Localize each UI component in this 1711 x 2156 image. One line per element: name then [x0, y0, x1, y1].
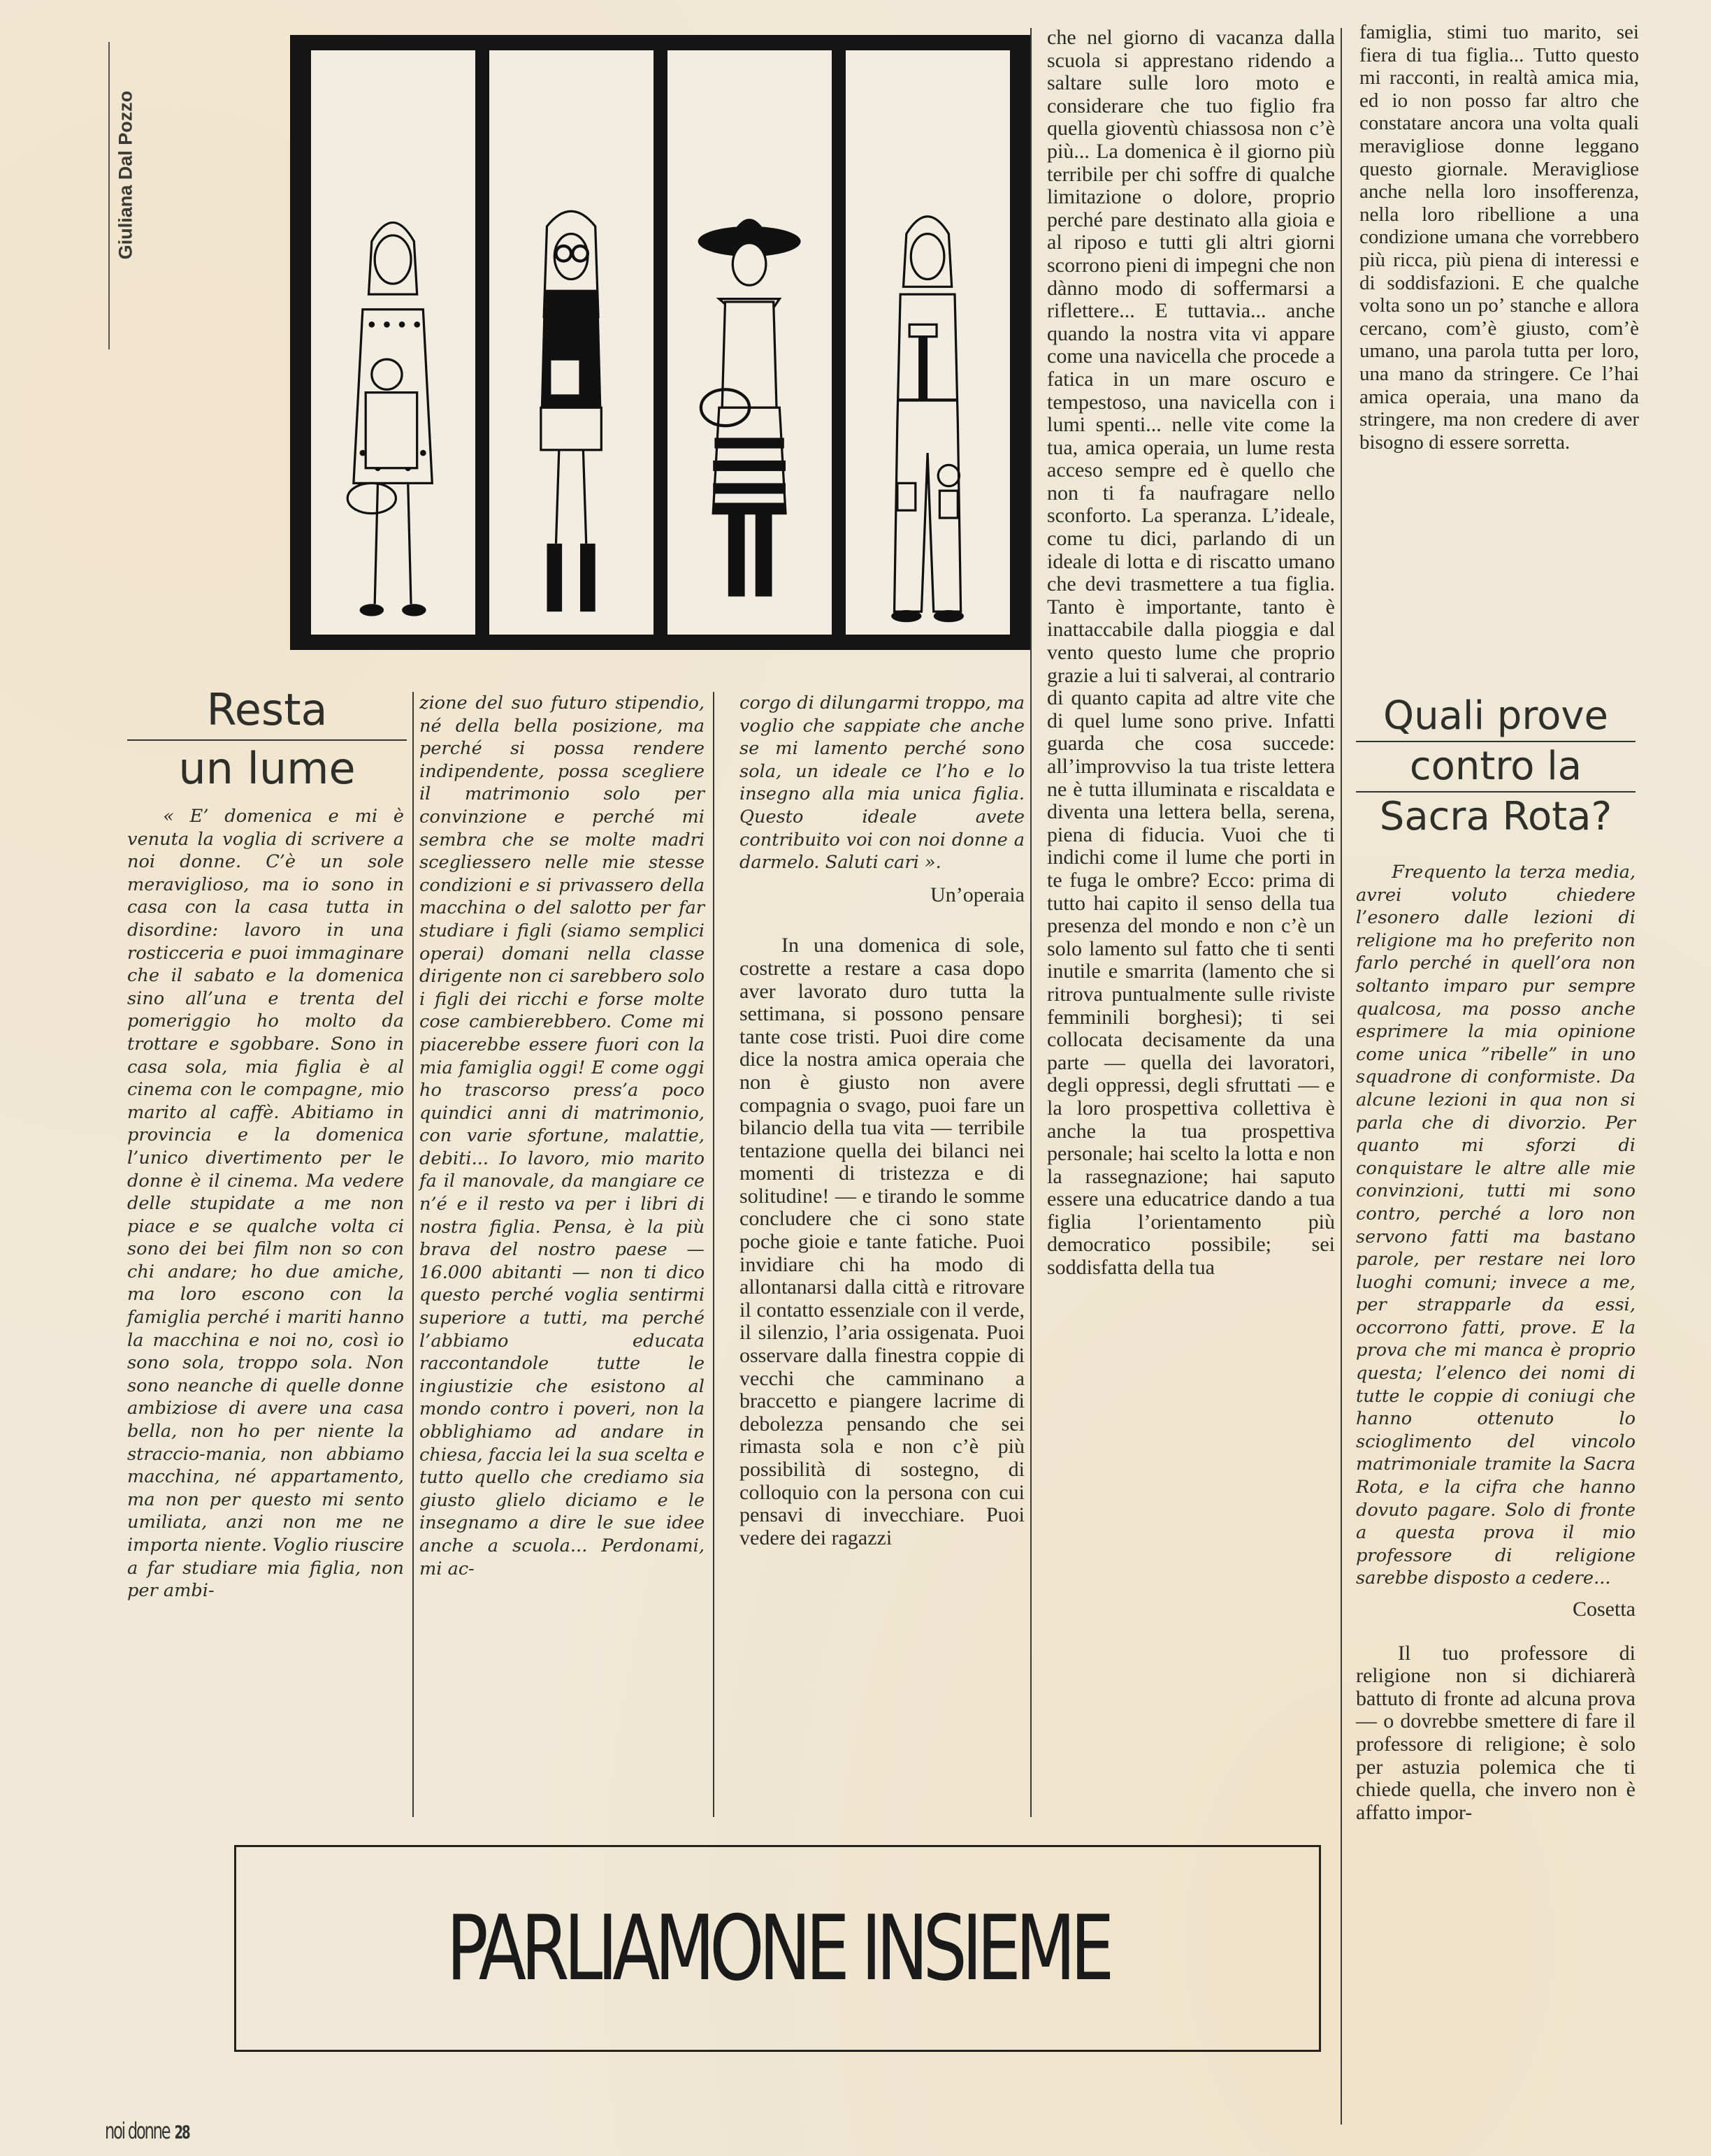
- letter-text-part1: « E’ domenica e mi è venuta la voglia di…: [127, 805, 404, 1602]
- farmer-figure-panel: [667, 50, 832, 635]
- article2-title-line2: contro la: [1356, 742, 1636, 791]
- column-4: che nel giorno di vacanza dalla scuola s…: [1047, 27, 1335, 1280]
- article2-headline: Quali prove contro la Sacra Rota?: [1356, 692, 1636, 841]
- column-rule: [1341, 28, 1342, 2125]
- headline-rule: [127, 739, 407, 741]
- column-5-top: famiglia, stimi tuo marito, sei fiera di…: [1359, 21, 1639, 454]
- reply-text-part2: che nel giorno di vacanza dalla scuola s…: [1047, 27, 1335, 1280]
- housewife-figure-panel: [311, 50, 475, 635]
- byline: Giuliana Dal Pozzo: [105, 35, 147, 314]
- section-banner: PARLIAMONE INSIEME: [234, 1845, 1321, 2052]
- column-5-bottom: Frequento la terza media, avrei voluto c…: [1356, 861, 1636, 1824]
- page-number: 28: [174, 2122, 189, 2143]
- page-footer: noi donne28: [105, 2118, 189, 2144]
- column-1: « E’ domenica e mi è venuta la voglia di…: [127, 805, 404, 1602]
- column-rule: [412, 692, 414, 1817]
- article1-title-line2: un lume: [127, 744, 407, 794]
- farmer-figure-icon: [674, 73, 825, 635]
- worker-figure-panel: [846, 50, 1010, 635]
- article1-title-line1: Resta: [127, 685, 407, 735]
- housewife-figure-icon: [317, 73, 468, 635]
- student-figure-icon: [496, 73, 647, 635]
- column-rule: [1030, 28, 1032, 1817]
- letter-text-part3: corgo di dilungarmi troppo, ma voglio ch…: [739, 692, 1025, 874]
- letter-text-part2: zione del suo futuro stipendio, né della…: [419, 692, 705, 1580]
- magazine-name: noi donne: [105, 2118, 169, 2144]
- article1-headline: Resta un lume: [127, 685, 407, 794]
- reply-text-part1: In una domenica di sole, costrette a res…: [739, 934, 1025, 1549]
- illustration-four-women: [290, 35, 1031, 650]
- article2-letter: Frequento la terza media, avrei voluto c…: [1356, 861, 1636, 1590]
- worker-figure-icon: [852, 73, 1003, 635]
- column-rule: [713, 692, 714, 1817]
- student-figure-panel: [489, 50, 654, 635]
- letter-signature: Un’operaia: [739, 884, 1025, 907]
- column-2: zione del suo futuro stipendio, né della…: [419, 692, 705, 1580]
- article2-reply: Il tuo professore di religione non si di…: [1356, 1642, 1636, 1825]
- article2-title-line3: Sacra Rota?: [1356, 793, 1636, 841]
- column-3: corgo di dilungarmi troppo, ma voglio ch…: [739, 692, 1025, 1549]
- author-name: Giuliana Dal Pozzo: [115, 90, 137, 259]
- reply-text-part3: famiglia, stimi tuo marito, sei fiera di…: [1359, 21, 1639, 454]
- banner-title: PARLIAMONE INSIEME: [447, 1897, 1109, 2001]
- article2-signature: Cosetta: [1356, 1598, 1636, 1621]
- article2-title-line1: Quali prove: [1356, 692, 1636, 741]
